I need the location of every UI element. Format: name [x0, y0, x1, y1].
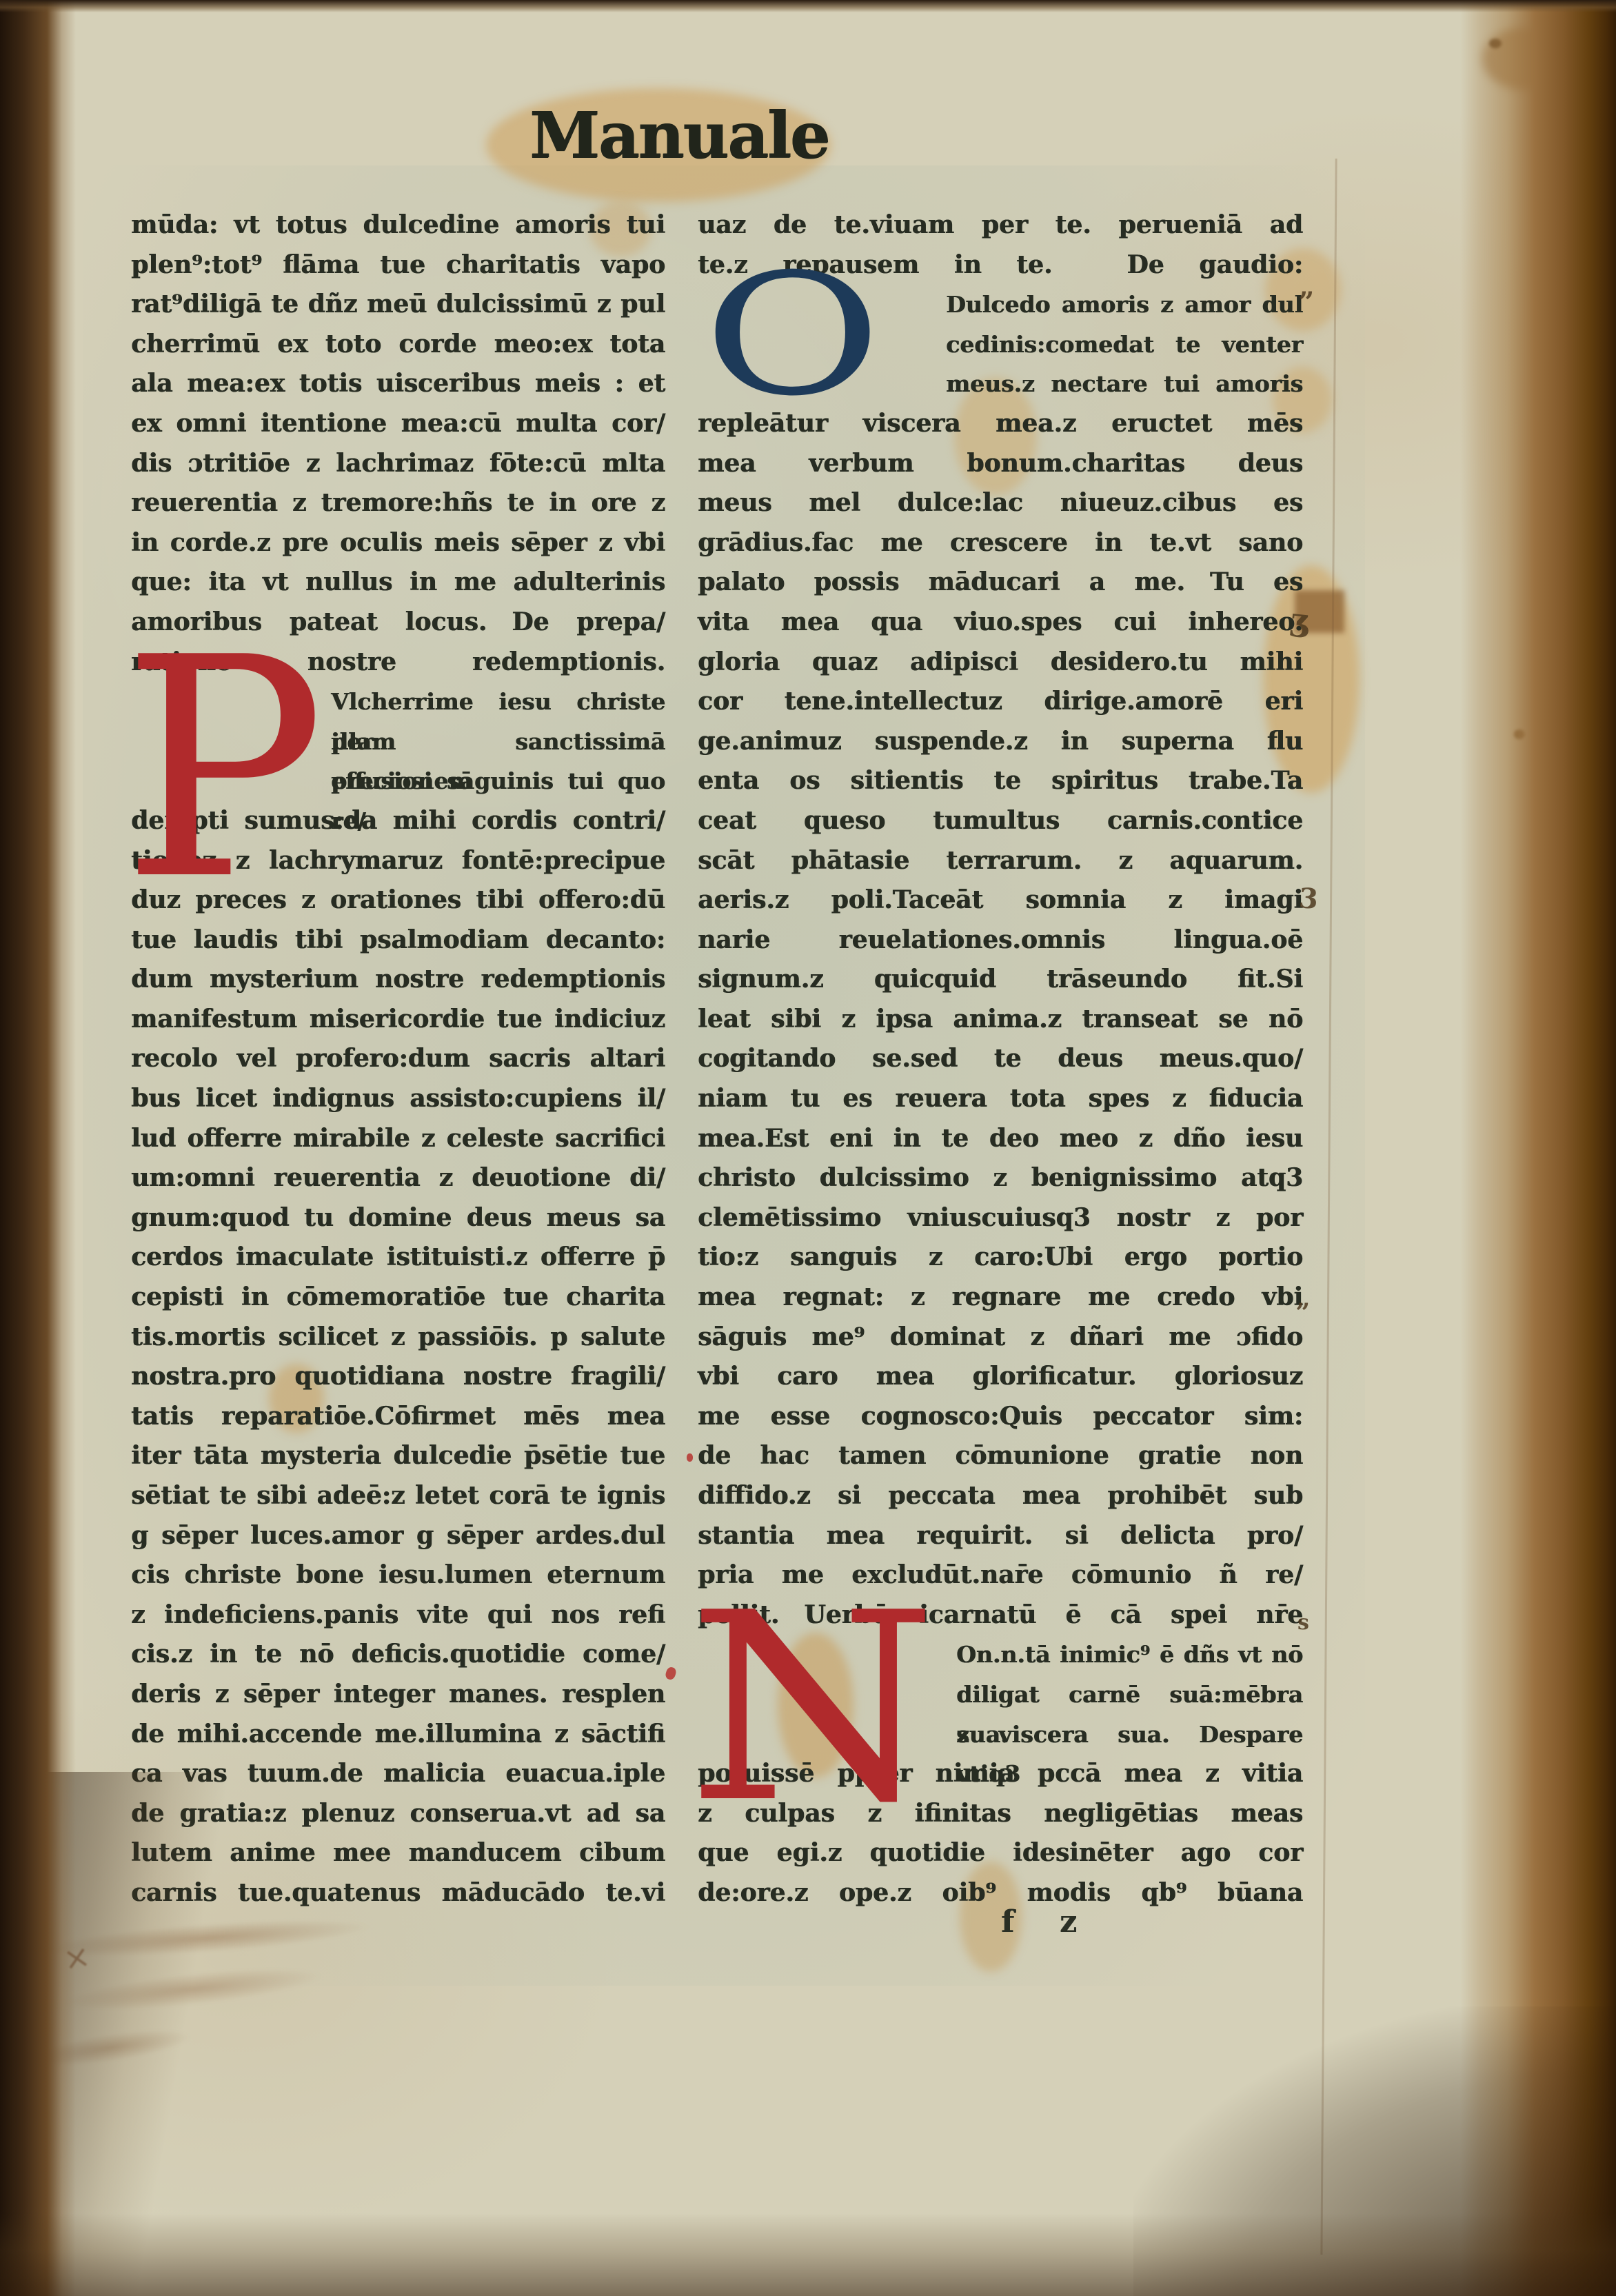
text-line: lud offerre mirabile z celeste sacrifici [131, 1119, 665, 1159]
text-line: nostra.pro quotidiana nostre fragili/ [131, 1357, 665, 1397]
text-line: narie reuelationes.omnis lingua.oē [698, 920, 1303, 960]
signature-letter: f [1001, 1904, 1014, 1940]
right-column-top-lines: uaz de te.viuam per te. perueniā adte.z … [698, 205, 1303, 285]
text-line: aeris.z poli.Taceāt somnia z imagi [698, 880, 1303, 920]
text-line: z culpas z ifinitas negligētias meas [698, 1794, 1303, 1834]
text-line: te.z repausem in te. De gaudio: [698, 245, 1303, 285]
page-crease [1320, 159, 1337, 2255]
initial-n-lines: On.n.tā inimic⁹ ē dñs vt nōdiligat carnē… [698, 1635, 1303, 1754]
text-line: z indeficiens.panis vite qui nos refi [131, 1595, 665, 1635]
text-line: z viscera sua. Despare vtiq3 [956, 1715, 1303, 1755]
signature-number: z [1060, 1904, 1077, 1940]
text-line: de:ore.z ope.z oib⁹ modis qb⁹ būana [698, 1873, 1303, 1913]
text-line: meus mel dulce:lac niueuz.cibus es [698, 483, 1303, 523]
red-ink-fleck [665, 1666, 678, 1680]
right-column-middle-lines: repleātur viscera mea.z eructet mēsmea v… [698, 404, 1303, 1635]
text-line: in corde.z pre oculis meis sēper z vbi [131, 523, 665, 563]
text-line: vita mea qua viuo.spes cui inhereo. [698, 603, 1303, 643]
text-line: cis.z in te nō deficis.quotidie come/ [131, 1635, 665, 1675]
text-line: dempti sumus:da mihi cordis contri/ [131, 801, 665, 841]
text-line: cedinis:comedat te venter [946, 325, 1303, 365]
text-line: g sēper luces.amor g sēper ardes.dul [131, 1516, 665, 1556]
text-line: de hac tamen cōmunione gratie non [698, 1436, 1303, 1476]
text-line: tis.mortis scilicet z passiōis. p salute [131, 1318, 665, 1358]
text-line: uaz de te.viuam per te. perueniā ad [698, 205, 1303, 245]
page-edge-top [0, 0, 1616, 12]
text-line: mea regnat: z regnare me credo vbi [698, 1278, 1303, 1318]
book-fore-edge [1460, 0, 1616, 2296]
left-column: mūda: vt totus dulcedine amoris tuiplen⁹… [131, 205, 665, 1913]
text-line: illam sanctissimā effusionem [331, 722, 665, 762]
text-line: diffido.z si peccata mea prohibēt sub [698, 1476, 1303, 1516]
text-line: tio:z sanguis z caro:Ubi ergo portio [698, 1238, 1303, 1278]
text-line: enta os sitientis te spiritus trabe.Ta [698, 761, 1303, 801]
text-line: gnum:quod tu domine deus meus sa [131, 1198, 665, 1238]
book-photo: { "header": { "title": "Manuale" }, "lef… [0, 0, 1616, 2296]
text-line: de mihi.accende me.illumina z sāctifi [131, 1715, 665, 1755]
initial-n-block: N On.n.tā inimic⁹ ē dñs vt nōdiligat car… [698, 1635, 1303, 1754]
text-line: tatis reparatiōe.Cōfirmet mēs mea [131, 1397, 665, 1437]
text-line: niam tu es reuera tota spes z fiducia [698, 1079, 1303, 1119]
text-line: palato possis māducari a me. Tu es [698, 563, 1303, 603]
text-line: pria me excludūt.nar̄e cōmunio ñ re/ [698, 1555, 1303, 1595]
text-line: um:omni reuerentia z deuotione di/ [131, 1158, 665, 1198]
text-line: ceat queso tumultus carnis.contice [698, 801, 1303, 841]
text-line: ala mea:ex totis uisceribus meis : et [131, 364, 665, 404]
text-line: mea.Est eni in te deo meo z dño iesu [698, 1119, 1303, 1159]
text-line: gloria quaz adipisci desidero.tu mihi [698, 643, 1303, 683]
text-line: bus licet indignus assisto:cupiens il/ [131, 1079, 665, 1119]
text-line: sāguis me⁹ dominat z dñari me ɔfido [698, 1318, 1303, 1358]
text-line: plen⁹:tot⁹ flāma tue charitatis vapo [131, 245, 665, 285]
text-line: ratione nostre redemptionis. [131, 643, 665, 683]
text-line: Vlcherrime iesu christe per [331, 682, 665, 722]
initial-o-block: O Dulcedo amoris z amor dulcedinis:comed… [698, 285, 1303, 404]
text-line: me esse cognosco:Quis peccator sim: [698, 1397, 1303, 1437]
left-column-top-lines: mūda: vt totus dulcedine amoris tuiplen⁹… [131, 205, 665, 682]
text-line: mea verbum bonum.charitas deus [698, 444, 1303, 484]
text-line: duz preces z orationes tibi offero:dū [131, 880, 665, 920]
text-line: recolo vel profero:dum sacris altari [131, 1039, 665, 1079]
text-line: clemētissimo vniuscuiusq3 nostr z por [698, 1198, 1303, 1238]
text-line: signum.z quicquid trāseundo fit.Si [698, 960, 1303, 1000]
text-line: cerdos imaculate istituisti.z offerre p̄ [131, 1238, 665, 1278]
page-title: Manuale [529, 103, 829, 167]
text-line: amoribus pateat locus. De prepa/ [131, 603, 665, 643]
text-line: stantia mea requirit. si delicta pro/ [698, 1516, 1303, 1556]
text-line: On.n.tā inimic⁹ ē dñs vt nō [956, 1635, 1303, 1675]
text-line: ge.animuz suspende.z in superna flu [698, 722, 1303, 762]
text-line: cepisti in cōmemoratiōe tue charita [131, 1278, 665, 1318]
text-line: mūda: vt totus dulcedine amoris tui [131, 205, 665, 245]
text-line: pellit. Uerbū icarnatū ē cā spei nr̄e [698, 1595, 1303, 1635]
text-line: vbi caro mea glorificatur. gloriosuz [698, 1357, 1303, 1397]
text-line: que: ita vt nullus in me adulterinis [131, 563, 665, 603]
right-column: uaz de te.viuam per te. perueniā adte.z … [698, 205, 1303, 1913]
text-line: tue laudis tibi psalmodiam decanto: [131, 920, 665, 960]
text-line: deris z sēper integer manes. resplen [131, 1675, 665, 1715]
text-line: meus.z nectare tui amoris [946, 364, 1303, 404]
text-line: cherrimū ex toto corde meo:ex tota [131, 325, 665, 365]
text-line: dum mysterium nostre redemptionis [131, 960, 665, 1000]
text-line: rat⁹diligā te dñz meū dulcissimū z pul [131, 285, 665, 325]
text-line: iter tāta mysteria dulcedie p̄sētie tue [131, 1436, 665, 1476]
quire-signature: f z [1001, 1904, 1077, 1940]
text-line: leat sibi z ipsa anima.z transeat se nō [698, 1000, 1303, 1040]
text-line: scāt phātasie terrarum. z aquarum. [698, 841, 1303, 881]
text-line: preciosi sāguinis tui quo re/ [331, 761, 665, 801]
text-line: cor tene.intellectuz dirige.amorē eri [698, 682, 1303, 722]
text-line: reuerentia z tremore:hñs te in ore z [131, 483, 665, 523]
text-line: cogitando se.sed te deus meus.quo/ [698, 1039, 1303, 1079]
binding-gutter-shadow [0, 0, 76, 2296]
left-column-bottom-lines: dempti sumus:da mihi cordis contri/tione… [131, 801, 665, 1913]
text-line: dis ɔtritiōe z lachrimaz fōte:cū mlta [131, 444, 665, 484]
text-line: ex omni itentione mea:cū multa cor/ [131, 404, 665, 444]
text-line: christo dulcissimo z benignissimo atq3 [698, 1158, 1303, 1198]
text-line: sētiat te sibi adeē:z letet corā te igni… [131, 1476, 665, 1516]
initial-p-lines: Vlcherrime iesu christe perillam sanctis… [131, 682, 665, 801]
text-line: manifestum misericordie tue indiciuz [131, 1000, 665, 1040]
text-line: repleātur viscera mea.z eructet mēs [698, 404, 1303, 444]
initial-p-block: P Vlcherrime iesu christe perillam sanct… [131, 682, 665, 801]
initial-o-lines: Dulcedo amoris z amor dulcedinis:comedat… [698, 285, 1303, 404]
text-line: cis christe bone iesu.lumen eternum [131, 1555, 665, 1595]
text-line: tionez z lachrymaruz fontē:precipue [131, 841, 665, 881]
text-line: Dulcedo amoris z amor dul [946, 285, 1303, 325]
page-edge-bottom [0, 2213, 1616, 2296]
red-ink-fleck [687, 1453, 693, 1462]
text-line: grādius.fac me crescere in te.vt sano [698, 523, 1303, 563]
text-line: que egi.z quotidie idesinēter ago cor [698, 1833, 1303, 1873]
text-line: diligat carnē suā:mēbra sua. [956, 1675, 1303, 1715]
